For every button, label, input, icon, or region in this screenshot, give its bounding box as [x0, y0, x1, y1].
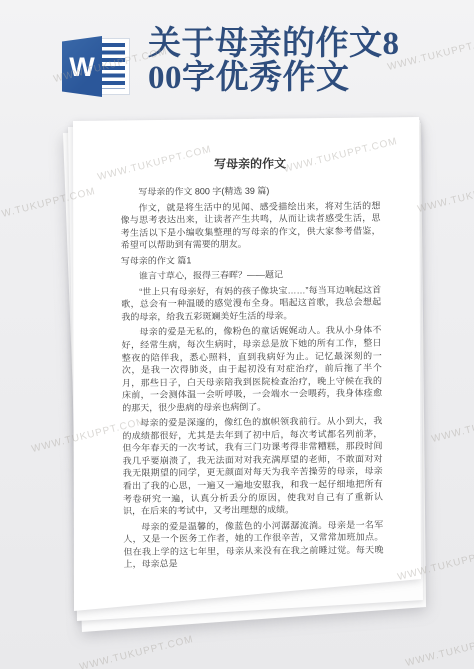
document-paragraph: 写母亲的作文 篇1: [121, 252, 381, 267]
document-paragraph: 母亲的爱是温馨的，像蓝色的小河潺潺流淌。母亲是一名军人，又是一个医务工作者，她的…: [123, 518, 383, 570]
document-paragraph: 谁言寸草心，报得三春晖？——题记: [121, 268, 381, 283]
document-body: 写母亲的作文 800 字(精选 39 篇)作文，就是将生活中的见闻、感受描绘出来…: [120, 184, 383, 571]
document-paragraph: 作文，就是将生活中的见闻、感受描绘出来，将对生活的想像与思考表达出来，让读者产生…: [120, 199, 380, 251]
document-paragraph: 母亲的爱是深邃的，像红色的旗帜领我前行。从小到大，我的成绩都很好，尤其是去年到了…: [122, 415, 383, 518]
document-paragraph: “世上只有母亲好，有妈的孩子像块宝……”每当耳边响起这首歌，总会有一种温暖的感觉…: [121, 284, 381, 324]
document-paragraph: 写母亲的作文 800 字(精选 39 篇): [120, 184, 380, 199]
document-paragraph: 母亲的爱是无私的，像粉色的童话娓娓动人。我从小身体不好，经常生病，每次生病时，母…: [121, 324, 382, 414]
document-content: 写母亲的作文 写母亲的作文 800 字(精选 39 篇)作文，就是将生活中的见闻…: [120, 156, 384, 571]
document-title: 写母亲的作文: [120, 156, 380, 172]
